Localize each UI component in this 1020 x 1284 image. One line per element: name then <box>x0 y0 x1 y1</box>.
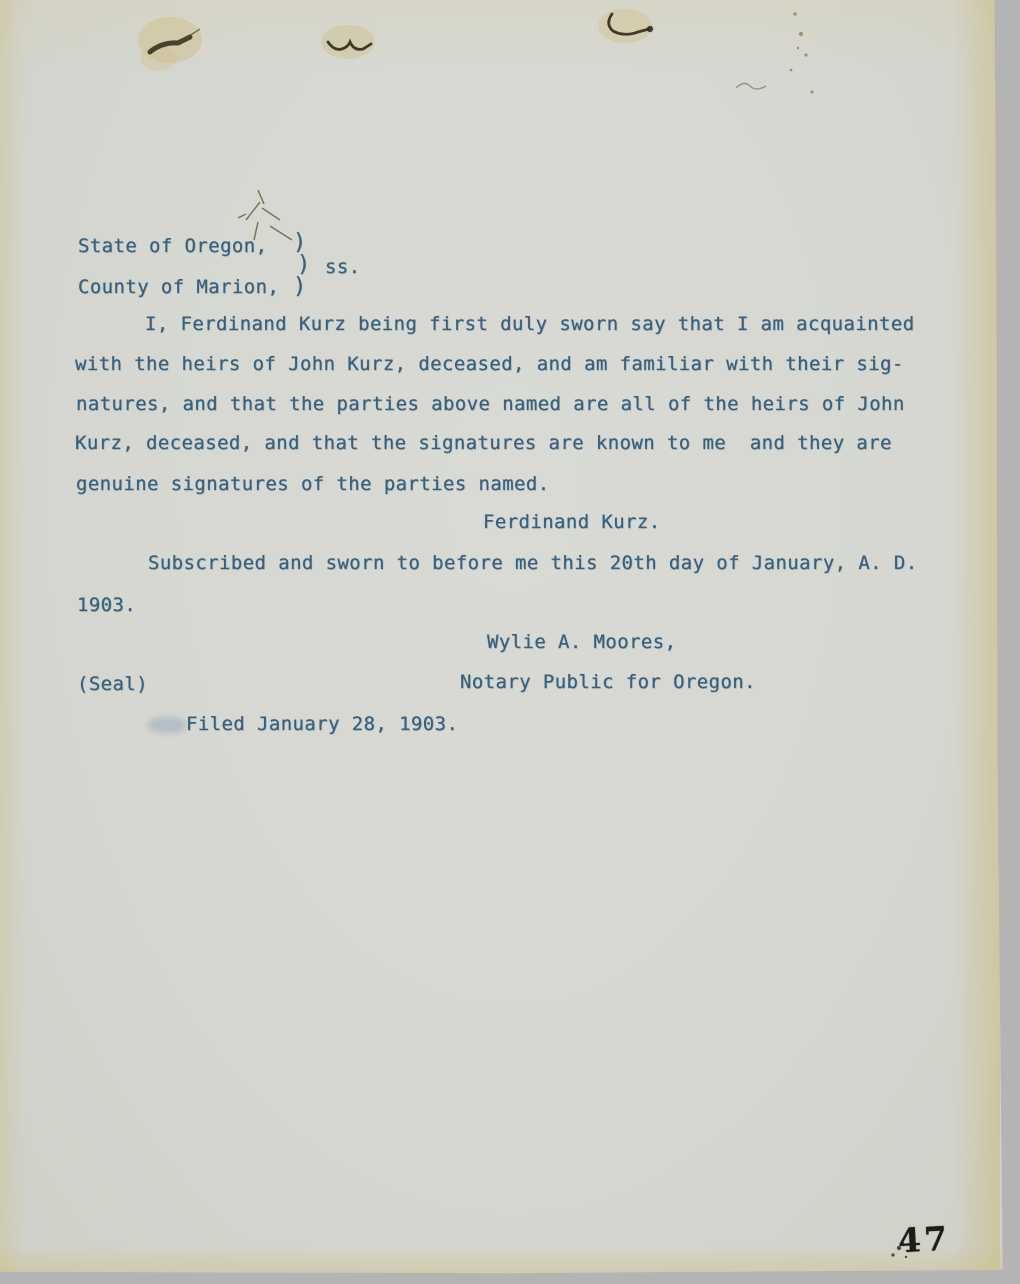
notary-signature: Wylie A. Moores, <box>487 631 676 654</box>
ss-label: ss. <box>325 256 361 279</box>
venue-bracket-1: ) <box>293 231 307 254</box>
ink-smudge <box>148 717 186 733</box>
subscribed-line: Subscribed and sworn to before me this 2… <box>148 552 918 575</box>
body-line-2: with the heirs of John Kurz, deceased, a… <box>75 353 904 376</box>
venue-bracket-2: ) <box>297 253 311 276</box>
corner-pen-mark <box>1000 2 1011 17</box>
typed-text-block: State of Oregon, ) ) ) ss. County of Mar… <box>0 0 1020 1284</box>
county-line: County of Marion, <box>78 276 279 299</box>
body-line-1: I, Ferdinand Kurz being first duly sworn… <box>145 313 915 336</box>
body-line-4: Kurz, deceased, and that the signatures … <box>75 432 892 455</box>
notary-title: Notary Public for Oregon. <box>460 671 756 694</box>
paper-sheet: State of Oregon, ) ) ) ss. County of Mar… <box>0 0 1020 1284</box>
seal-label: (Seal) <box>77 673 148 696</box>
page-number-stamp: 47 <box>897 1219 951 1261</box>
state-line: State of Oregon, <box>78 235 267 258</box>
body-line-3: natures, and that the parties above name… <box>76 393 905 416</box>
body-line-5: genuine signatures of the parties named. <box>76 473 550 496</box>
filed-line: Filed January 28, 1903. <box>186 713 458 736</box>
venue-bracket-3: ) <box>293 275 307 298</box>
affiant-signature: Ferdinand Kurz. <box>483 511 661 534</box>
subscribed-year: 1903. <box>77 594 136 617</box>
scan-background: { "document": { "heading": { "state_line… <box>0 0 1020 1284</box>
